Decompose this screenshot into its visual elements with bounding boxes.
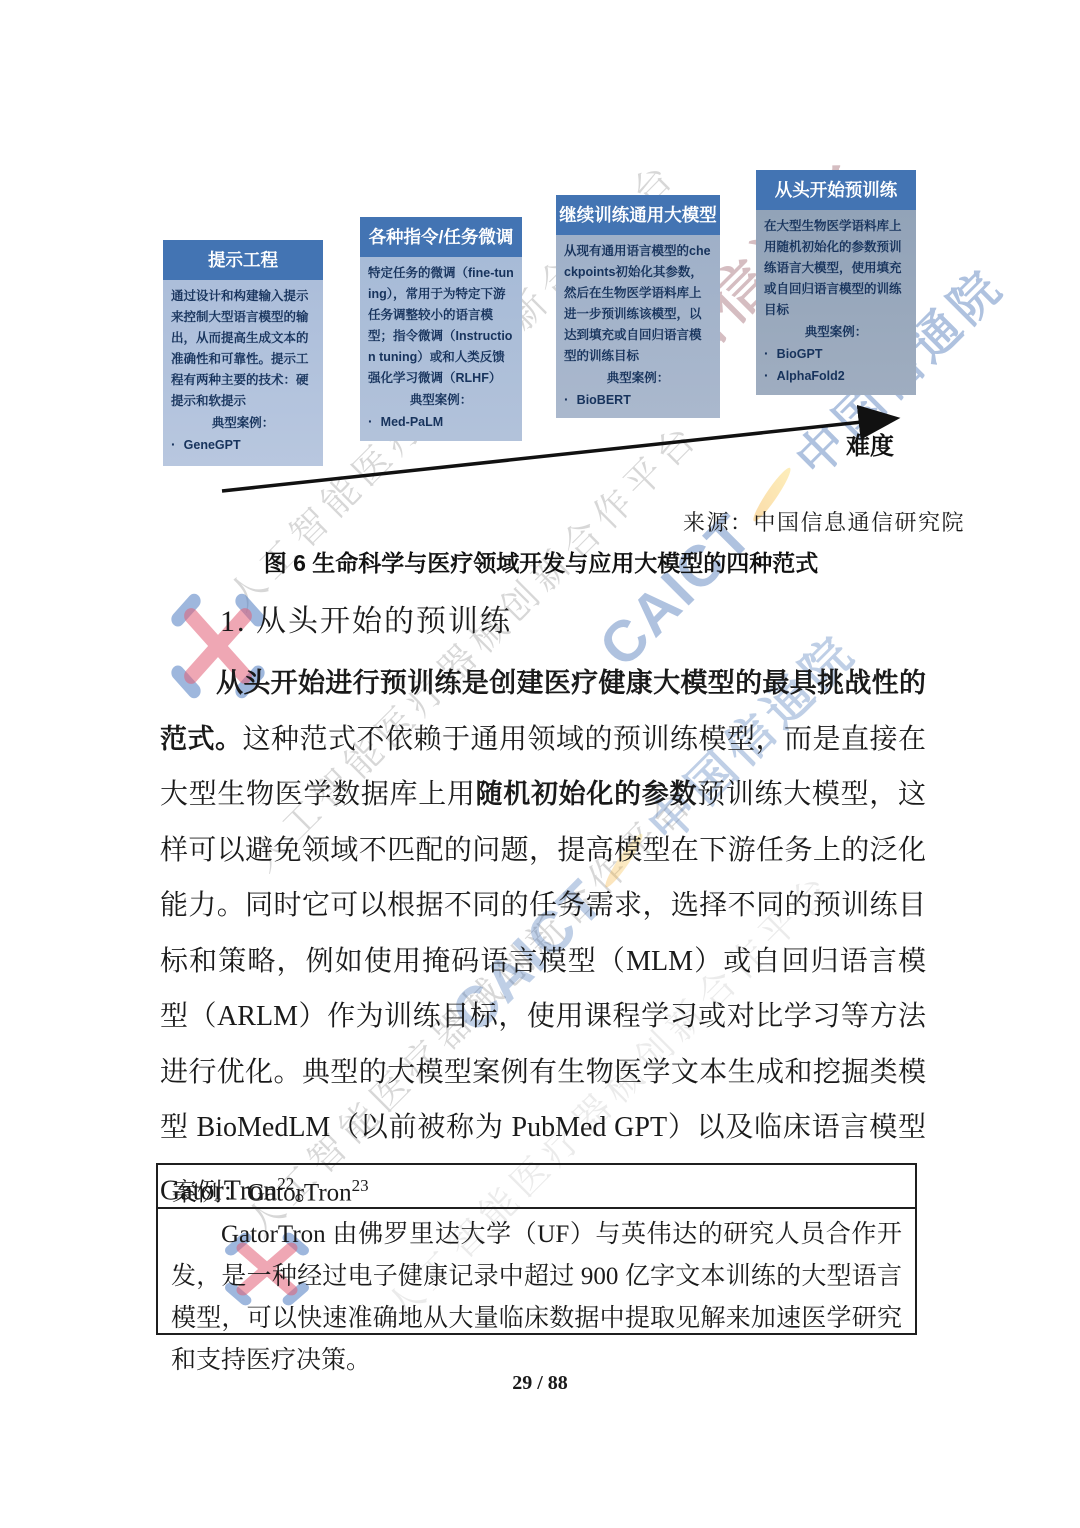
page-number: 29 / 88 bbox=[0, 1372, 1080, 1395]
figure-source: 来源：中国信息通信研究院 bbox=[160, 506, 965, 537]
difficulty-arrow bbox=[160, 170, 922, 502]
difficulty-axis-label: 难度 bbox=[846, 426, 894, 461]
report-page: 人工智能医疗器械创新合作平台 人工智能医疗器械创新合作平台 人工智能医疗器械创新… bbox=[0, 0, 1080, 1528]
figure-diagram: 提示工程 通过设计和构建输入提示来控制大型语言模型的输出，从而提高生成文本的准确… bbox=[160, 170, 922, 502]
footnote-ref: 23 bbox=[352, 1176, 369, 1195]
paragraph-text: 预训练大模型，这样可以避免领域不匹配的问题，提高模型在下游任务上的泛化能力。同时… bbox=[160, 779, 926, 1206]
case-box-body: GatorTron 由佛罗里达大学（UF）与英伟达的研究人员合作开发，是一种经过… bbox=[158, 1209, 915, 1382]
bold-mid-text: 随机初始化的参数 bbox=[476, 779, 698, 809]
case-box: 案例：GatorTron23 GatorTron 由佛罗里达大学（UF）与英伟达… bbox=[156, 1163, 917, 1335]
body-paragraph: 从头开始进行预训练是创建医疗健康大模型的最具挑战性的范式。这种范式不依赖于通用领… bbox=[160, 656, 926, 1218]
case-box-header: 案例：GatorTron23 bbox=[158, 1165, 915, 1209]
case-box-title: 案例：GatorTron bbox=[172, 1179, 352, 1206]
figure-caption: 图 6 生命科学与医疗领域开发与应用大模型的四种范式 bbox=[160, 545, 922, 578]
section-heading: 1. 从头开始的预训练 bbox=[220, 596, 512, 640]
